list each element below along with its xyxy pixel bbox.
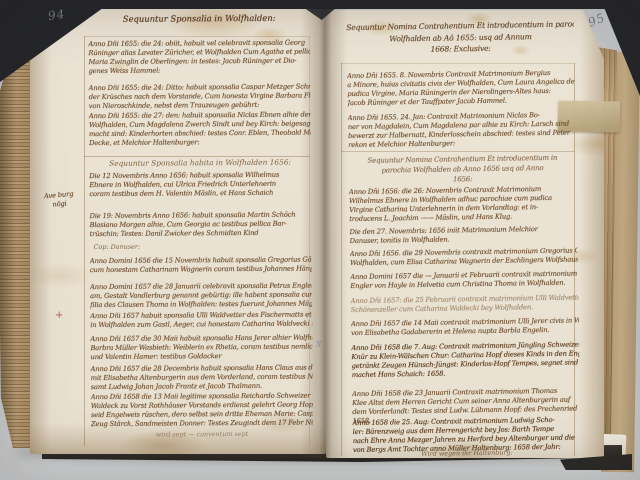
red-cross-margin-mark: + [55, 310, 63, 321]
register-entry: Anno Domini 1657 die 28 Januarii celebra… [90, 281, 312, 310]
handwriting-line: coram testibus dem H. Valentin Mäslin, e… [89, 188, 311, 199]
register-entry: Anno Dñi 1655: die 27: den: habuit spons… [89, 110, 311, 148]
copulation-note: Cop: Danuser: [94, 243, 141, 252]
left-page-margin-rule [84, 36, 85, 446]
right-page-title: Sequuntur Nomina Contrahentium Et introd… [346, 18, 575, 56]
photograph-of-open-register-book: Sequuntur Sponsalia in Wolfhalden: Anno … [0, 0, 640, 480]
handwriting-line: Decke, et Melchior Haltenburger: [89, 137, 311, 148]
register-entry: Anno Dñi 1657 die 14 Maii contraxit matr… [351, 316, 579, 338]
register-entry: Anno Dñi 1656. die 29 Novembris contraxi… [350, 246, 578, 268]
left-page-text: Sequuntur Sponsalia in Wolfhalden: Anno … [88, 8, 313, 450]
handwriting-line: und Valentin Hamer: testibus Goldacker [90, 351, 312, 362]
register-entry: Anno Dñi 1655. 8. Novembris Contraxit Ma… [347, 68, 576, 108]
handwriting-line: Zeug Stärck, Sandmeisten Donner: Testes … [91, 418, 313, 429]
right-page-margin-rule [341, 63, 342, 456]
register-entry: Anno Domini 1656 die 15 Novembris habuit… [90, 255, 312, 275]
register-entry: Anno Domini 1657 die — Januarii et Febru… [350, 269, 578, 291]
handwriting-line: trüschin: Testes: Danil Zwicker des Schm… [90, 228, 312, 239]
handwriting-line: von Nieroschkinde, nebst dem Trauzeugen … [89, 100, 311, 111]
register-entry: Anno Dñi 1657 die 30 Maii habuit sponsal… [90, 333, 312, 362]
register-entry: Anno Dñi 1657 habuit sponsalia Ulli Wald… [90, 310, 312, 330]
handwriting-line: genes Weiss Hammel: [88, 65, 310, 76]
register-entry: Anno Dñi 1658 die 13 Maii legitime spons… [91, 391, 313, 429]
register-entry: Die 19: Novembris Anno 1656: habuit spon… [89, 210, 311, 239]
left-page-title: Sequuntur Sponsalia in Wolfhalden: [88, 11, 310, 25]
handwriting-line: cum honestam Catharinam Wagnerin coram t… [90, 264, 312, 275]
register-entry: Die den 27. Novembris: 1656 iniit Matrim… [349, 224, 577, 246]
blue-x-margin-mark: X [316, 340, 322, 349]
handwriting-line: 1668: Exclusive: [346, 41, 574, 56]
register-entry: Anno Dñi 1656: die 26: Novembris Contrax… [349, 184, 578, 224]
register-entry: Anno Dñi 1655: die 24: obiit, habuit vel… [88, 38, 310, 76]
folio-number-right: 95 [586, 10, 607, 29]
right-page-text: Sequuntur Nomina Contrahentium Et introd… [346, 10, 581, 460]
register-entry: Anno Dñi 1657 die 28 Decembris habuit sp… [90, 363, 312, 392]
right-page-section-heading: Sequuntur Nomina Contrahentium Et introd… [348, 152, 576, 186]
handwriting-line: samt Ludwig Johan Jacob Frantz et Jacob … [91, 381, 313, 392]
register-entry: Anno Dñi 1658 die 7. Aug: Contraxit matr… [351, 340, 580, 380]
left-page-closing-note: wird sept — conventum sept [91, 429, 313, 440]
left-page-section-heading: Sequuntur Sponsalia habita in Wolfhalden… [89, 157, 311, 169]
handwriting-line: filia des Clausen Thoma in Wolfhalden: t… [90, 299, 312, 310]
handwriting-line: in Wolfhalden zum Gastl, Aeger, cui hone… [90, 319, 312, 330]
register-entry: Anno Dñi 1657: die 25 Februarii contraxi… [350, 293, 578, 315]
register-entry: Die 12 Novembris Anno 1656: habuit spons… [89, 170, 311, 199]
folio-number-left: 94 [47, 7, 66, 23]
register-entry: Anno Dñi 1655. 24. Jan: Contraxit Matrim… [348, 110, 577, 150]
register-entry: Anno Dñi 1655: die 24: Ditto: habuit spo… [89, 82, 311, 111]
